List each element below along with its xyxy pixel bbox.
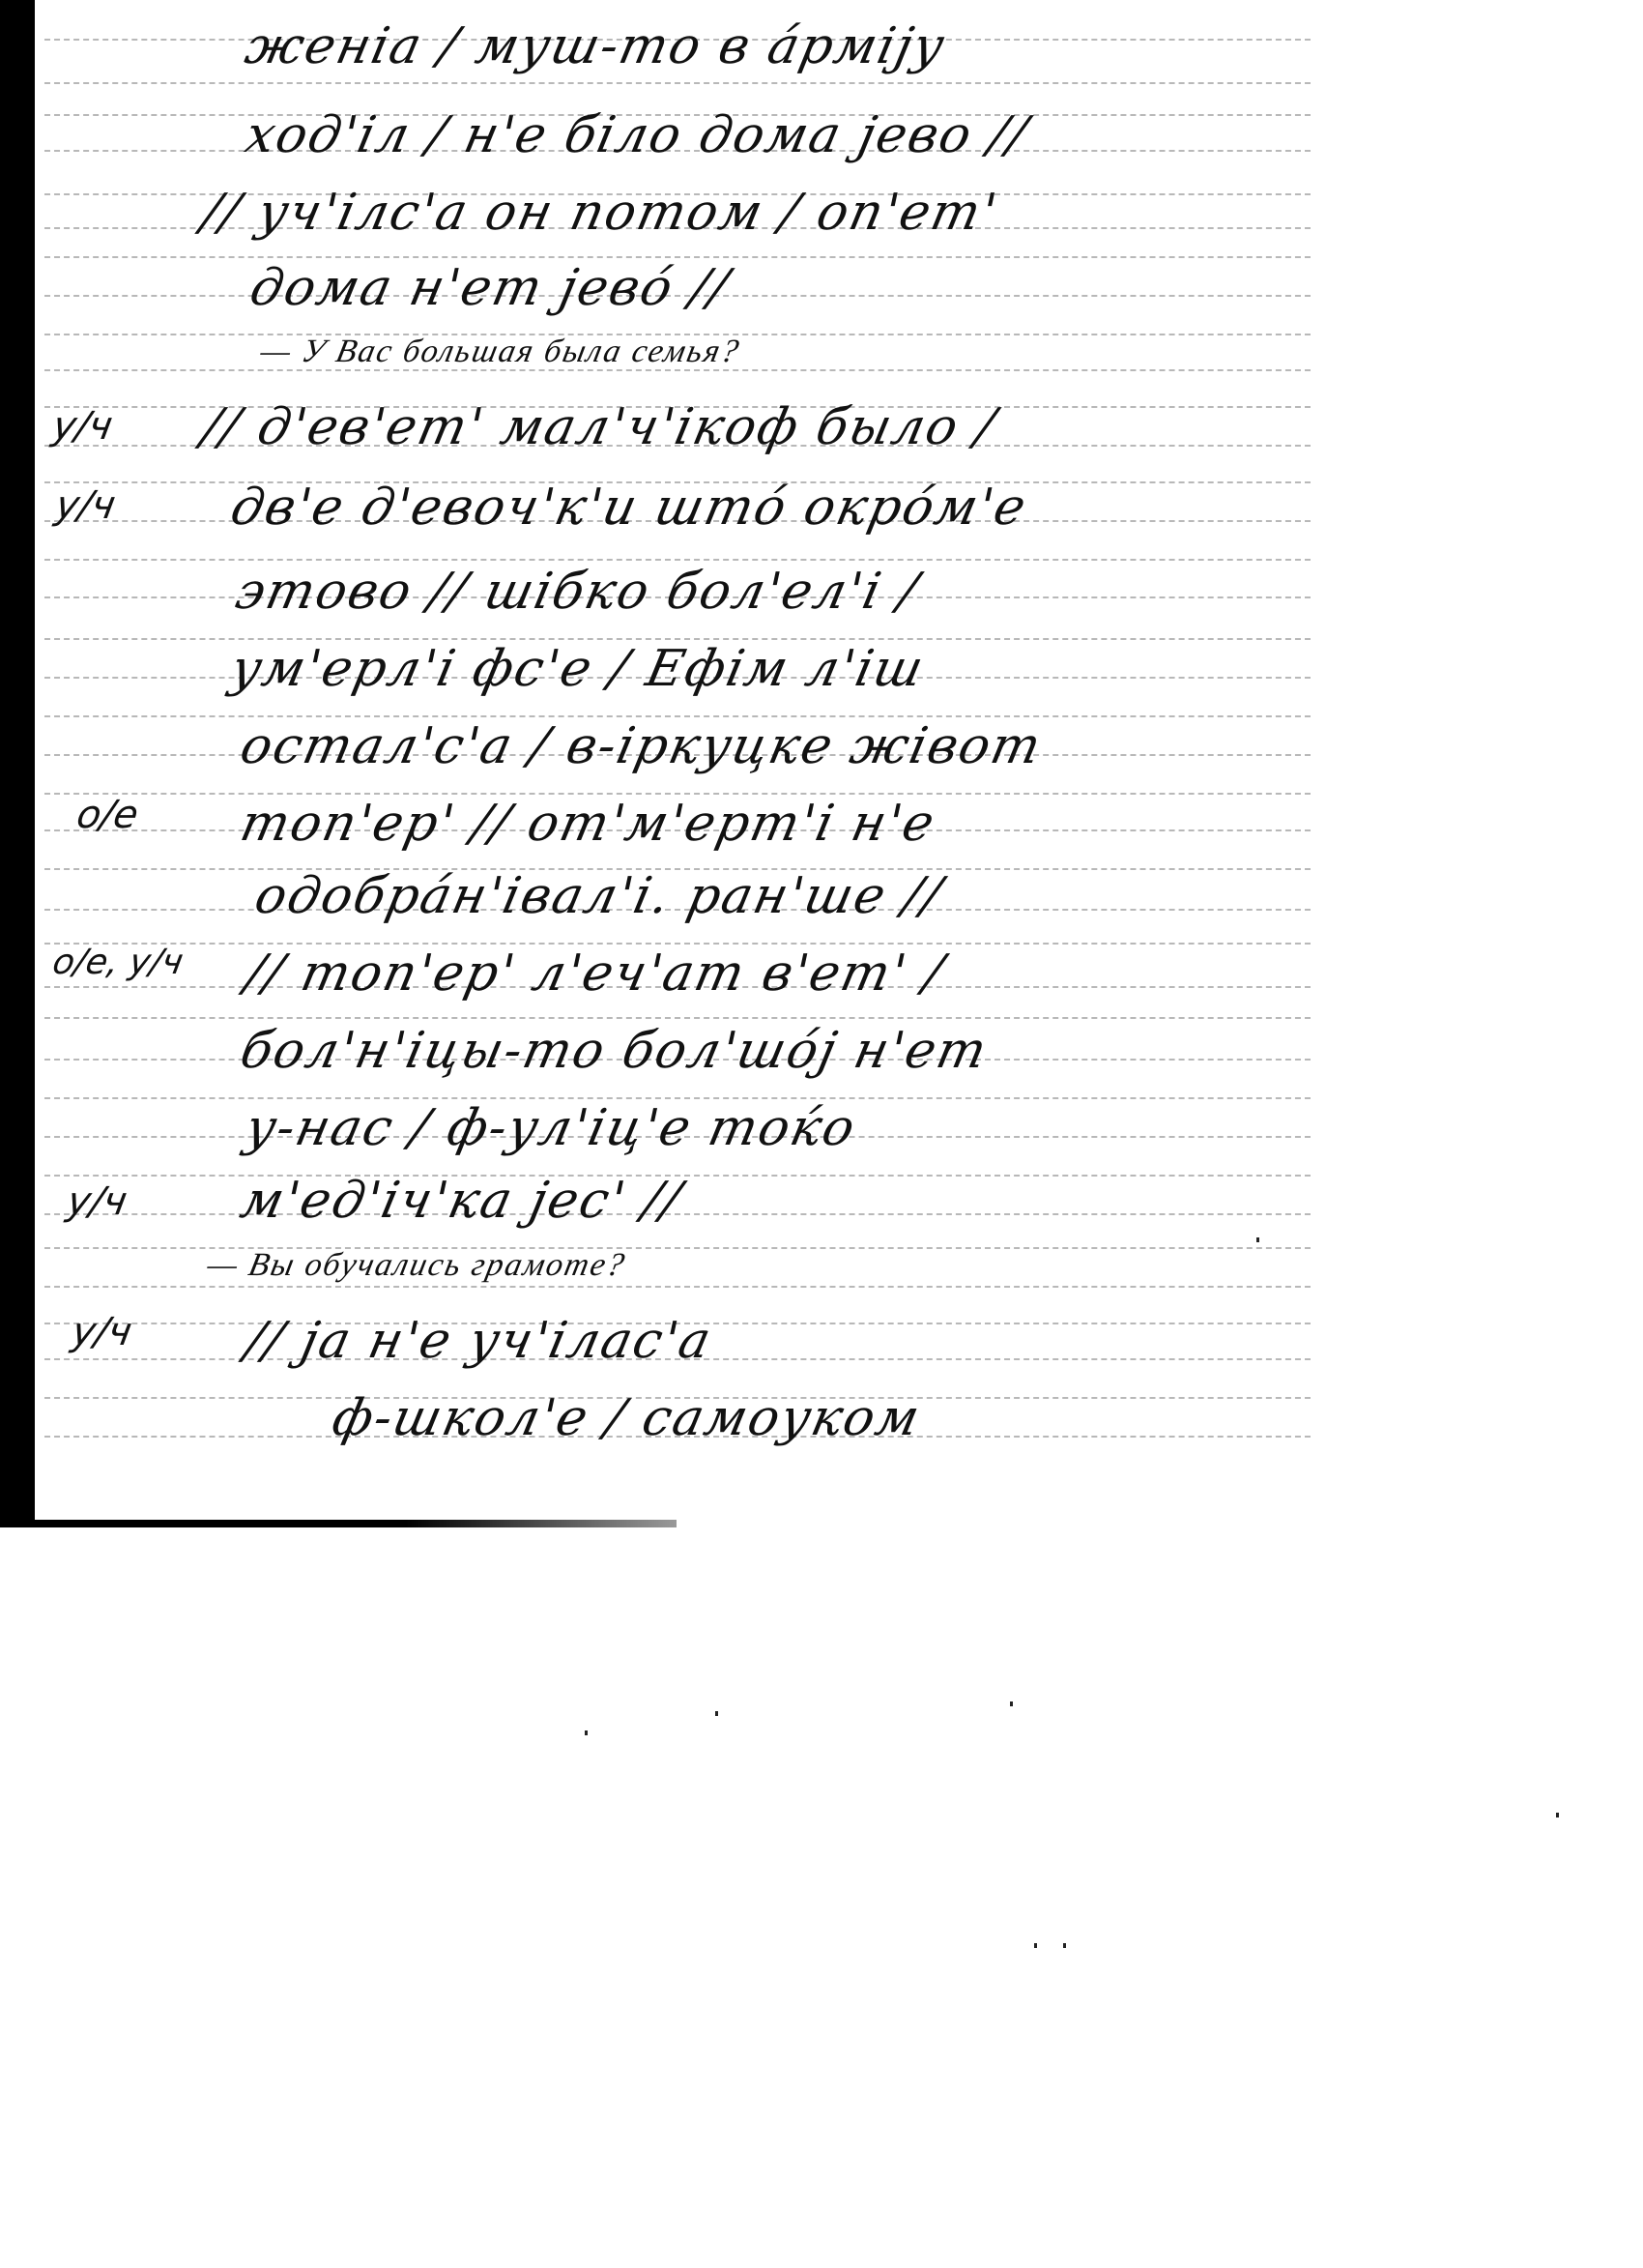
scan-speck xyxy=(1256,1237,1259,1242)
ruled-line xyxy=(44,1017,1311,1019)
transcript-line: дв'е д'евоч'к'и што́ окро́м'е xyxy=(226,479,1033,537)
margin-annotation: у/ч xyxy=(49,404,116,449)
scan-speck xyxy=(715,1711,718,1716)
ruled-line xyxy=(44,256,1311,258)
notebook-page: женiа / муш-то в áрмiју ход'iл / н'е бiл… xyxy=(35,0,1311,1523)
ruled-line xyxy=(44,1286,1311,1288)
transcript-line: топ'ер' // от'м'ерт'i н'е xyxy=(236,795,941,853)
interviewer-question: — Вы обучались грамоте? xyxy=(204,1247,629,1284)
transcript-line: ум'ерл'i фс'е / Ефiм л'iш xyxy=(226,640,931,698)
transcript-line: // уч'iлс'а он потом / оп'ет' xyxy=(197,184,1003,242)
margin-annotation: о/е, у/ч xyxy=(49,943,186,982)
transcript-line: этово // шiбко бол'ел'i / xyxy=(231,563,925,621)
scan-speck xyxy=(1063,1943,1066,1948)
scan-speck xyxy=(1010,1701,1013,1706)
transcript-line: ф-школ'е / самоуком xyxy=(328,1389,927,1447)
margin-annotation: о/е xyxy=(73,793,142,837)
margin-annotation: у/ч xyxy=(52,483,119,528)
transcript-line: одобра́н'iвал'i. ран'ше // xyxy=(250,867,948,925)
ruled-line xyxy=(44,82,1311,84)
ruled-line xyxy=(44,559,1311,561)
interviewer-question: — У Вас большая была семья? xyxy=(257,334,743,370)
transcript-line: // топ'ер' л'еч'ат в'ет' / xyxy=(241,945,950,1003)
margin-annotation: у/ч xyxy=(69,1310,135,1354)
transcript-line: женiа / муш-то в áрмiју xyxy=(241,17,951,75)
transcript-line: // д'ев'ет' мал'ч'iкоф было / xyxy=(197,398,1002,456)
transcript-line: бол'н'iцы-то бол'шо́j н'ет xyxy=(236,1022,994,1080)
transcript-line: м'ед'iч'ка jес' // xyxy=(236,1172,688,1230)
transcript-line: у-нас / ф-ул'iц'е тоќо xyxy=(241,1099,862,1157)
scan-border-left xyxy=(0,0,35,1527)
scan-speck xyxy=(585,1730,588,1735)
scan-speck xyxy=(1034,1943,1037,1948)
transcript-line: дома н'ет jево́ // xyxy=(245,259,735,317)
transcript-line: ход'iл / н'е бiло дома jево // xyxy=(241,106,1034,164)
transcript-line: остал'с'а / в-iркуцке жiвот xyxy=(236,717,1048,775)
transcript-line: // jа н'е уч'iлас'а xyxy=(241,1312,718,1370)
scan-speck xyxy=(1556,1813,1559,1817)
margin-annotation: у/ч xyxy=(64,1179,130,1224)
